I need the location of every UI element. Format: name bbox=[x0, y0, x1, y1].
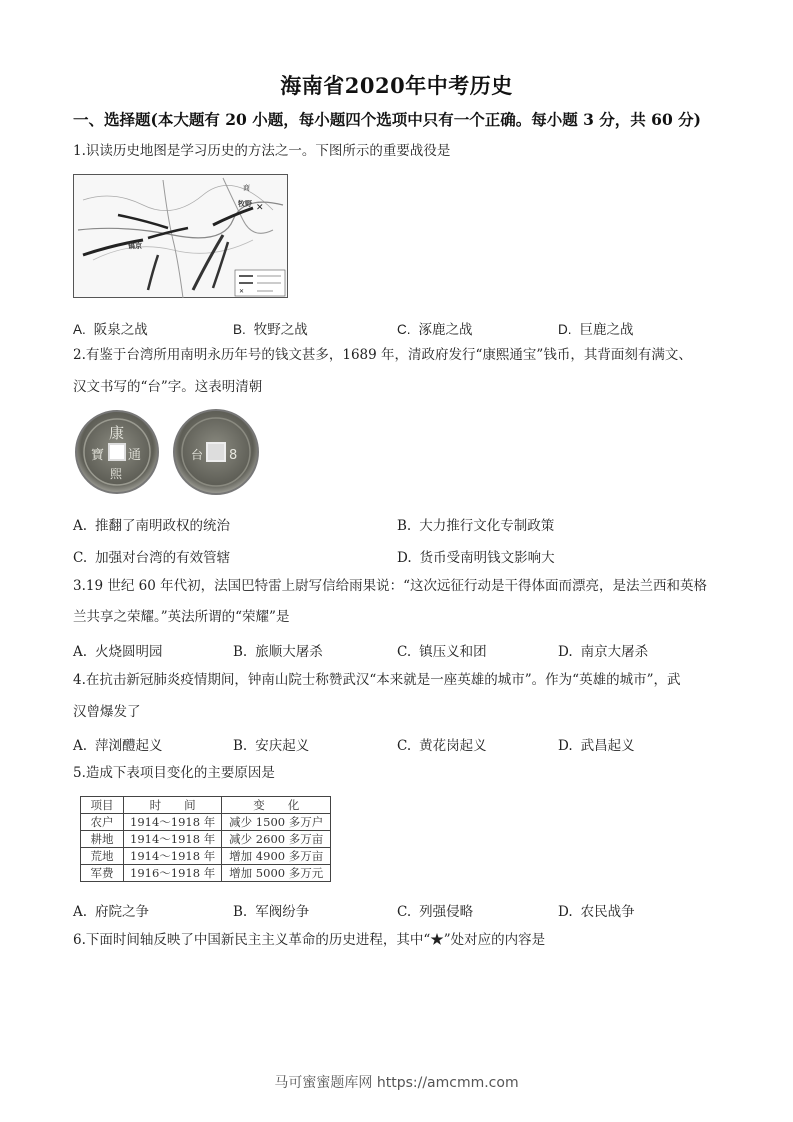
svg-text:通: 通 bbox=[128, 448, 141, 463]
question-1-option-c[interactable]: C.涿鹿之战 bbox=[397, 318, 473, 338]
question-3-stem-line-1: 3.19 世纪 60 年代初，法国巴特雷上尉写信给雨果说：“这次远征行动是干得体… bbox=[73, 571, 707, 601]
question-1-option-a[interactable]: A.阪泉之战 bbox=[73, 318, 148, 338]
table-row: 军费 1916～1918 年 增加 5000 多万元 bbox=[81, 865, 331, 882]
table-row: 荒地 1914～1918 年 增加 4900 多万亩 bbox=[81, 848, 331, 865]
svg-text:牧野: 牧野 bbox=[238, 199, 253, 208]
question-2-coin-photos: 康 通 寶 熙 台 8 bbox=[73, 408, 263, 498]
question-1-stem: 1.识读历史地图是学习历史的方法之一。下图所示的重要战役是 bbox=[73, 136, 450, 166]
question-5-option-b[interactable]: B.军阀纷争 bbox=[233, 900, 309, 920]
table-row: 耕地 1914～1918 年 减少 2600 多万亩 bbox=[81, 831, 331, 848]
footer-watermark: 马可蜜蜜题库网 https://amcmm.com bbox=[0, 1072, 793, 1092]
section-heading: 一、选择题(本大题有 20 小题，每小题四个选项中只有一个正确。每小题 3 分，… bbox=[73, 108, 701, 130]
question-2-option-a[interactable]: A.推翻了南明政权的统治 bbox=[73, 514, 230, 534]
question-2-option-c[interactable]: C.加强对台湾的有效管辖 bbox=[73, 546, 230, 566]
question-5-table: 项目 时 间 变 化 农户 1914～1918 年 减少 1500 多万户 耕地… bbox=[80, 796, 331, 882]
question-2-option-d[interactable]: D.货币受南明钱文影响大 bbox=[397, 546, 555, 566]
question-5-option-d[interactable]: D.农民战争 bbox=[558, 900, 635, 920]
question-4-option-b[interactable]: B.安庆起义 bbox=[233, 734, 309, 754]
svg-text:熙: 熙 bbox=[110, 467, 123, 481]
svg-text:台: 台 bbox=[191, 448, 203, 462]
question-2-stem-line-1: 2.有鉴于台湾所用南明永历年号的钱文甚多，1689 年，清政府发行“康熙通宝”钱… bbox=[73, 340, 692, 370]
question-6-stem: 6.下面时间轴反映了中国新民主主义革命的历史进程，其中“★”处对应的内容是 bbox=[73, 925, 545, 955]
question-5-option-a[interactable]: A.府院之争 bbox=[73, 900, 149, 920]
question-3-stem-line-2: 兰共享之荣耀。”英法所谓的“荣耀”是 bbox=[73, 602, 289, 632]
table-cell: 农户 bbox=[81, 814, 124, 831]
question-3-option-b[interactable]: B.旅顺大屠杀 bbox=[233, 640, 323, 660]
question-4-option-d[interactable]: D.武昌起义 bbox=[558, 734, 635, 754]
question-2-stem-line-2: 汉文书写的“台”字。这表明清朝 bbox=[73, 372, 262, 402]
table-cell: 1914～1918 年 bbox=[124, 831, 222, 848]
question-3-option-c[interactable]: C.镇压义和团 bbox=[397, 640, 487, 660]
question-3-option-d[interactable]: D.南京大屠杀 bbox=[558, 640, 648, 660]
table-header-cell: 项目 bbox=[81, 797, 124, 814]
question-4-stem-line-2: 汉曾爆发了 bbox=[73, 697, 141, 727]
table-row: 农户 1914～1918 年 减少 1500 多万户 bbox=[81, 814, 331, 831]
table-cell: 1914～1918 年 bbox=[124, 814, 222, 831]
table-cell: 增加 4900 多万亩 bbox=[222, 848, 331, 865]
table-cell: 1914～1918 年 bbox=[124, 848, 222, 865]
table-cell: 1916～1918 年 bbox=[124, 865, 222, 882]
question-4-stem-line-1: 4.在抗击新冠肺炎疫情期间，钟南山院士称赞武汉“本来就是一座英雄的城市”。作为“… bbox=[73, 665, 681, 695]
table-cell: 军费 bbox=[81, 865, 124, 882]
question-5-table-wrapper: 项目 时 间 变 化 农户 1914～1918 年 减少 1500 多万户 耕地… bbox=[80, 796, 331, 882]
question-1-battle-map: 商 牧野 镐京 ✕ ✕ bbox=[73, 170, 293, 303]
question-5-option-c[interactable]: C.列强侵略 bbox=[397, 900, 473, 920]
question-4-option-c[interactable]: C.黄花岗起义 bbox=[397, 734, 487, 754]
table-cell: 荒地 bbox=[81, 848, 124, 865]
svg-text:✕: ✕ bbox=[239, 288, 244, 295]
svg-text:商: 商 bbox=[243, 183, 250, 192]
battle-map-image: 商 牧野 镐京 ✕ ✕ bbox=[73, 170, 293, 303]
question-1-option-d[interactable]: D.巨鹿之战 bbox=[558, 318, 634, 338]
table-cell: 增加 5000 多万元 bbox=[222, 865, 331, 882]
coin-image: 康 通 寶 熙 台 8 bbox=[73, 408, 263, 498]
svg-text:✕: ✕ bbox=[256, 203, 264, 213]
question-1-option-b[interactable]: B.牧野之战 bbox=[233, 318, 308, 338]
svg-text:寶: 寶 bbox=[91, 448, 104, 463]
question-4-option-a[interactable]: A.萍浏醴起义 bbox=[73, 734, 163, 754]
question-2-option-b[interactable]: B.大力推行文化专制政策 bbox=[397, 514, 554, 534]
table-header-cell: 变 化 bbox=[222, 797, 331, 814]
table-cell: 耕地 bbox=[81, 831, 124, 848]
question-5-stem: 5.造成下表项目变化的主要原因是 bbox=[73, 758, 275, 788]
table-header-row: 项目 时 间 变 化 bbox=[81, 797, 331, 814]
svg-text:镐京: 镐京 bbox=[128, 241, 142, 250]
svg-text:康: 康 bbox=[109, 424, 124, 442]
table-cell: 减少 2600 多万亩 bbox=[222, 831, 331, 848]
question-3-option-a[interactable]: A.火烧圆明园 bbox=[73, 640, 163, 660]
svg-text:8: 8 bbox=[229, 448, 237, 463]
document-title: 海南省2020年中考历史 bbox=[0, 70, 793, 100]
table-cell: 减少 1500 多万户 bbox=[222, 814, 331, 831]
table-header-cell: 时 间 bbox=[124, 797, 222, 814]
